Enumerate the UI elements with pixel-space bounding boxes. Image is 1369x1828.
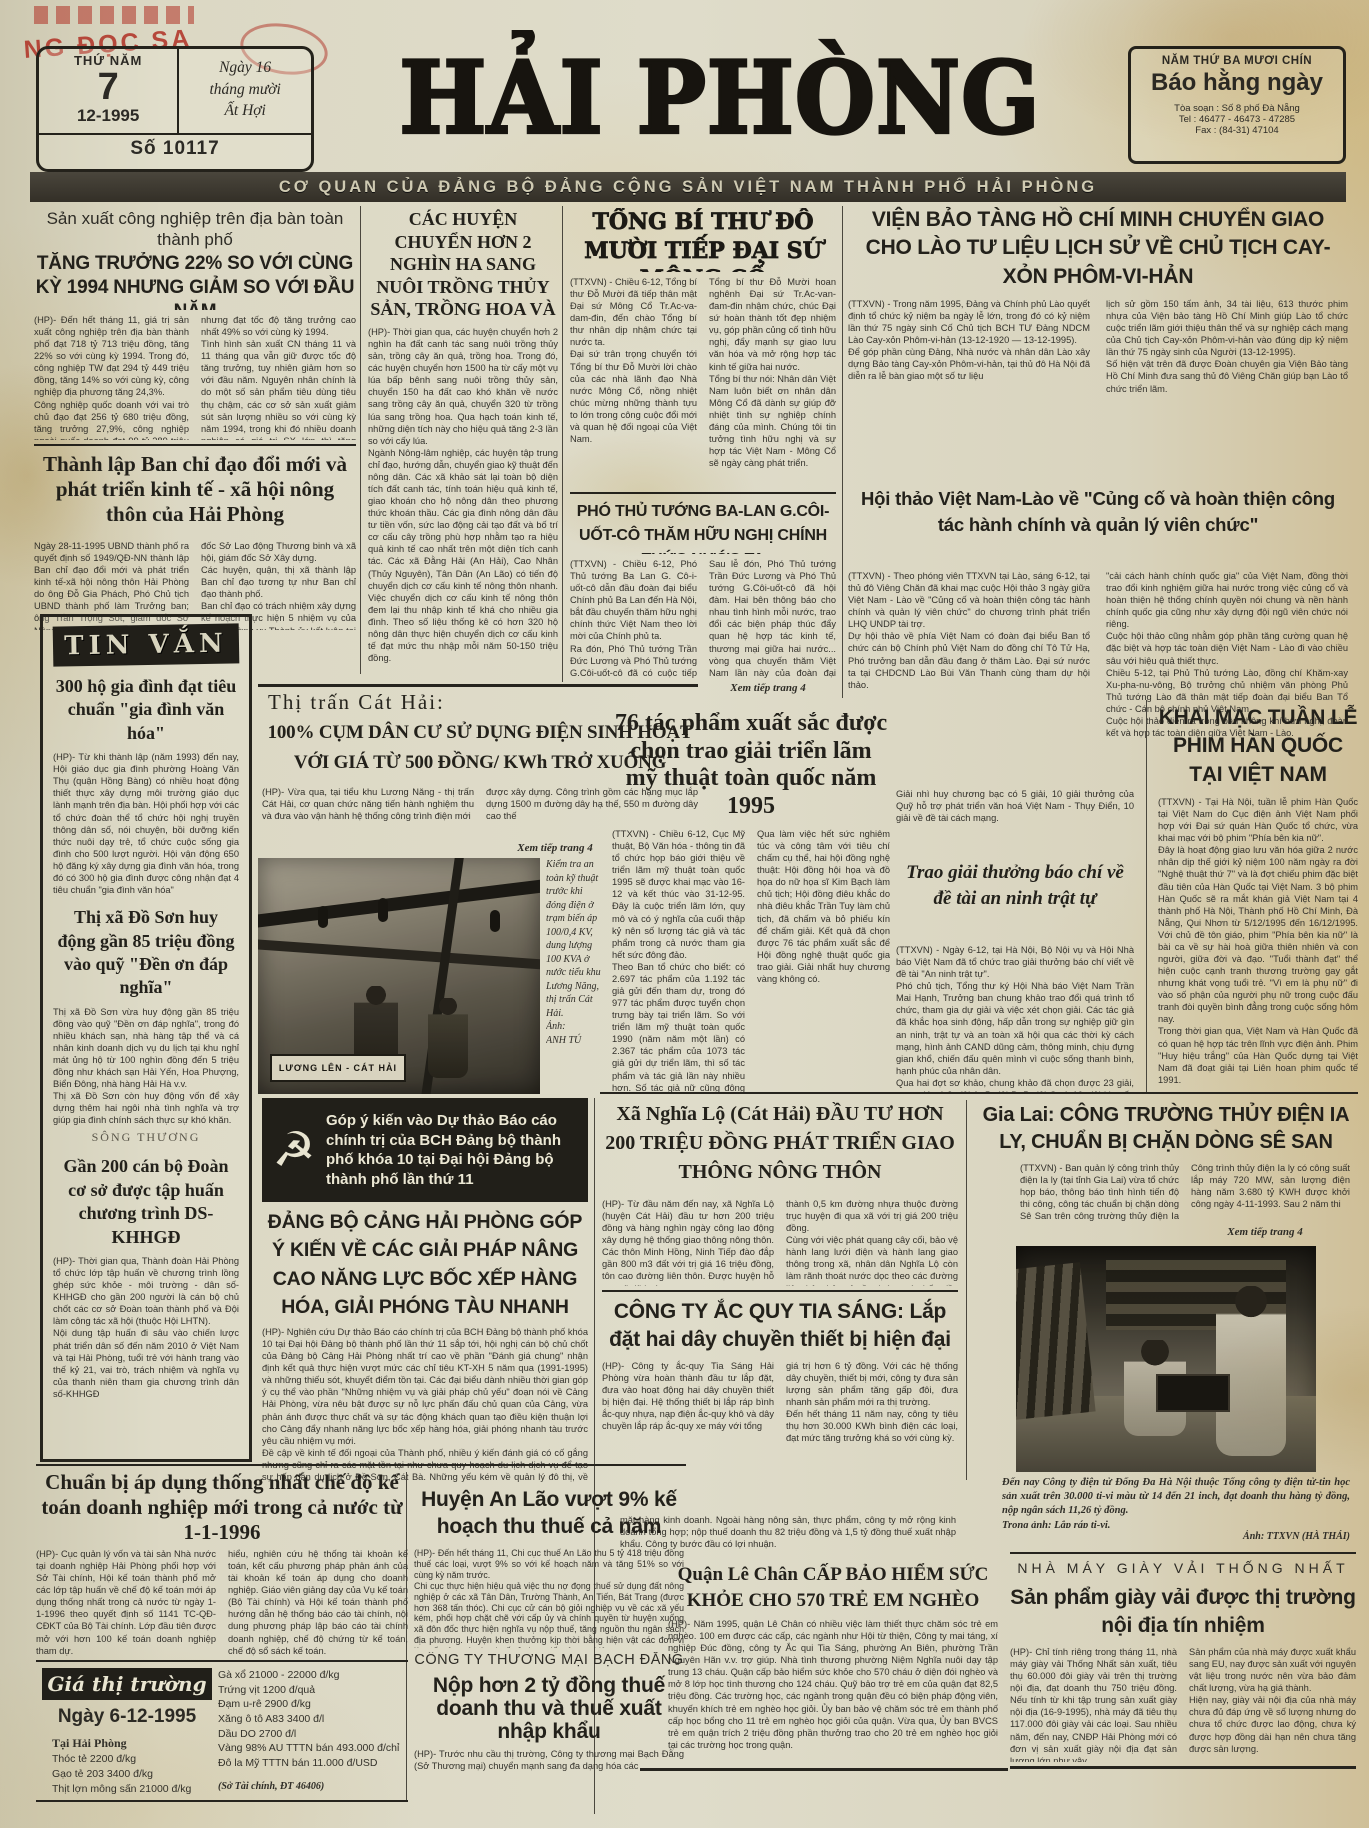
divider [34,444,356,446]
market-price-item: Vàng 98% AU TTTN bán 493.000 đ/chỉ [218,1741,404,1756]
market-price-item: Gạo tẻ 203 3400 đ/kg [52,1767,212,1782]
anninh-body: (TTXVN) - Ngày 6-12, tại Hà Nội, Bộ Nội … [896,944,1134,1092]
ketoan-body-col1: (HP)- Cục quản lý vốn và tài sản Nhà nướ… [36,1548,216,1656]
domuoi-body-col2: Tổng bí thư Đỗ Mười hoan nghênh Đại sứ T… [709,276,836,488]
divider [258,684,698,687]
divider [602,1290,958,1292]
mythuat-body: (TTXVN) - Chiều 6-12, Cục Mỹ thuật, Bộ V… [612,828,890,1092]
industry-kicker: Sản xuất công nghiệp trên địa bàn toàn t… [34,208,356,252]
market-note: (Sở Tài chính, ĐT 46406) [218,1780,404,1796]
banner-text: CƠ QUAN CỦA ĐẢNG BỘ ĐẢNG CỘNG SẢN VIỆT N… [279,178,1097,197]
gopy-body: (HP)- Nghiên cứu Dự thảo Báo cáo chính t… [262,1326,588,1482]
balan-body-col1: (TTXVN) - Chiều 6-12, Phó Thủ tướng Ba L… [570,558,697,680]
divider [570,492,836,494]
cachuyen-headline: CÁC HUYỆN CHUYỂN HƠN 2 NGHÌN HA SANG NUÔ… [368,208,558,322]
mythuat-body-col3: Giải nhì huy chương bạc có 5 giải, 10 gi… [896,788,1134,856]
gopy-box-text: Góp ý kiến vào Dự thảo Báo cáo chính trị… [326,1111,588,1189]
ialy-body-col1: (TTXVN) - Ban quản lý công trình thủy đi… [1020,1162,1179,1224]
divider [360,206,361,674]
domuoi-body: (TTXVN) - Chiều 6-12, Tổng bí thư Đỗ Mườ… [570,276,836,488]
bachdang-body: (HP)- Trước nhu cầu thị trường, Công ty … [414,1748,684,1776]
month-year: 12-1995 [39,106,177,126]
ketoan-headline: Chuẩn bị áp dụng thống nhất chế độ kế to… [36,1470,408,1544]
nghialo-body-col2: thành 0,5 km đường nhựa thuộc đường trục… [786,1198,958,1286]
nghialo-body-col1: (HP)- Từ đầu năm đến nay, xã Nghĩa Lộ (h… [602,1198,774,1286]
market-price-list-2: Gà xổ 21000 - 22000 đ/kg Trứng vịt 1200 … [218,1668,404,1780]
anlao-body: (HP)- Đến hết tháng 11, Chi cục thuế An … [414,1548,684,1648]
industry-body-col1: (HP)- Đến hết tháng 11, giá trị sản xuất… [34,314,189,440]
divider [562,206,563,682]
lechan-body: (HP)- Năm 1995, quận Lê Chân có nhiều vi… [668,1618,998,1760]
market-price-item: Gà xổ 21000 - 22000 đ/kg [218,1668,404,1683]
baotang-body-col2: lịch sử gồm 150 tấm ảnh, 34 tài liệu, 61… [1106,298,1348,478]
divider [1010,1552,1356,1554]
ialy-headline: Gia Lai: CÔNG TRƯỜNG THỦY ĐIỆN IA LY, CH… [975,1102,1357,1158]
baotang-headline: VIỆN BẢO TÀNG HỒ CHÍ MINH CHUYỂN GIAO CH… [848,206,1348,294]
tv-chassis [1156,1374,1230,1412]
page-title-text: HẢI PHÒNG [399,40,1040,157]
powerline-beam [258,939,540,971]
tv-assembly-photo [1016,1246,1316,1472]
hoithao-headline: Hội thảo Việt Nam-Lào về "Củng cố và hoà… [848,486,1348,566]
phimhan-headline: KHAI MẠC TUẦN LỄ PHIM HÀN QUỐC TẠI VIỆT … [1158,704,1358,792]
day-number: 7 [39,68,177,106]
tinvan2-byline: SÔNG THƯƠNG [53,1130,239,1145]
ialy-body: (TTXVN) - Ban quản lý công trình thủy đi… [1020,1162,1350,1224]
divider [36,1464,686,1466]
hammer-sickle-icon: ☭ [262,1126,326,1174]
gopy-headline: ĐẢNG BỘ CẢNG HẢI PHÒNG GÓP Ý KIẾN VỀ CÁC… [262,1208,588,1322]
market-price-item: Thịt lợn mông sấn 21000 đ/kg [52,1782,212,1797]
tinvan3-body: (HP)- Thời gian qua, Thành đoàn Hải Phòn… [53,1255,239,1400]
ketoan-body-col2: hiểu, nghiên cứu hệ thống tài khoản kế t… [228,1548,408,1656]
market-label: Giá thị trường [47,1672,206,1696]
market-price-item: Thóc tẻ 2200 đ/kg [52,1752,212,1767]
date-box: THỨ NĂM 7 12-1995 Ngày 16 tháng mười Ất … [36,46,314,172]
phimhan-body: (TTXVN) - Tại Hà Nội, tuần lễ phim Hàn Q… [1158,796,1358,1092]
fax-line: Fax : (84-31) 47104 [1131,125,1343,136]
balan-body: (TTXVN) - Chiều 6-12, Phó Thủ tướng Ba L… [570,558,836,680]
lechan-headline: Quận Lê Chân CẤP BẢO HIỂM SỨC KHỎE CHO 5… [668,1562,998,1614]
mythuat-headline: 76 tác phẩm xuất sắc được chọn trao giải… [612,710,890,824]
banner: CƠ QUAN CỦA ĐẢNG BỘ ĐẢNG CỘNG SẢN VIỆT N… [30,172,1346,202]
ketoan-body: (HP)- Cục quản lý vốn và tài sản Nhà nướ… [36,1548,408,1656]
tinvan2-body: Thị xã Đồ Sơn vừa huy động gần 85 triệu … [53,1006,239,1127]
baotang-body-col1: (TTXVN) - Trong năm 1995, Đảng và Chính … [848,298,1090,478]
baotang-body: (TTXVN) - Trong năm 1995, Đảng và Chính … [848,298,1348,478]
tin-van-box: TIN VẮN 300 hộ gia đình đạt tiêu chuẩn "… [40,614,252,1462]
divider [842,206,843,698]
balan-headline: PHÓ THỦ TƯỚNG BA-LAN G.CÔI-UỐT-CÔ THĂM H… [570,500,836,554]
issue-number: Số 10117 [130,138,219,159]
bachdang-kicker: CÔNG TY THƯƠNG MẠI BẠCH ĐẰNG [414,1652,684,1672]
powerline-caption: Kiểm tra an toàn kỹ thuật trước khi đóng… [546,858,604,1094]
tinvan2-headline: Thị xã Đồ Sơn huy động gần 85 triệu đồng… [53,906,239,1000]
worker-figure [428,998,468,1078]
address-line: Tòa soạn : Số 8 phố Đà Nẵng [1131,103,1343,114]
year-label: NĂM THỨ BA MƯƠI CHÍN [1131,55,1343,67]
cathai-body-col1: (HP)- Vừa qua, tại tiểu khu Lương Năng -… [262,786,474,844]
tin-van-label: TIN VẮN [64,629,228,662]
market-location: Tại Hải Phòng [52,1736,212,1752]
powerline-insulator [490,910,500,932]
industry-body-col2: nhưng đạt tốc độ tăng trưởng cao nhất 49… [201,314,356,440]
divider [36,1660,408,1662]
powerline-insulator [318,906,328,928]
anlao-headline: Huyện An Lão vượt 9% kế hoạch thu thuế c… [414,1486,684,1544]
tin-van-header: TIN VẮN [53,623,240,666]
worker-figure-standing [1216,1286,1286,1456]
balan-body-col2: Sau lễ đón, Phó Thủ tướng Trần Đức Lương… [709,558,836,680]
balan-readmore: Xem tiếp trang 4 [700,682,836,696]
anninh-headline: Trao giải thưởng báo chí về đề tài an ni… [896,860,1134,940]
tinvan1-body: (HP)- Từ khi thành lập (năm 1993) đến na… [53,751,239,896]
ialy-readmore: Xem tiếp trang 4 [1190,1226,1340,1240]
market-price-item: Dầu DO 2700 đ/l [218,1727,404,1742]
divider [36,1800,408,1802]
nghialo-headline: Xã Nghĩa Lộ (Cát Hải) ĐẦU TƯ HƠN 200 TRI… [602,1100,958,1194]
tv-photo-caption: Đến nay Công ty điện tử Đống Đa Hà Nội t… [1002,1476,1350,1528]
giayvai-body: (HP)- Chỉ tính riêng trong tháng 11, nhà… [1010,1646,1356,1762]
banchidao-headline: Thành lập Ban chỉ đạo đổi mới và phát tr… [34,452,356,536]
gopy-box: ☭ Góp ý kiến vào Dự thảo Báo cáo chính t… [262,1098,588,1202]
publisher-box: NĂM THỨ BA MƯƠI CHÍN Báo hằng ngày Tòa s… [1128,46,1346,164]
giayvai-headline: Sản phẩm giày vải được thị trường nội đị… [1010,1584,1356,1642]
photo-sign-text: LƯƠNG LÊN - CÁT HẢI [279,1063,397,1073]
powerline-photo: LƯƠNG LÊN - CÁT HẢI [258,858,540,1094]
market-label-box: Giá thị trường [42,1668,212,1700]
cathai-readmore: Xem tiếp trang 4 [480,842,630,856]
page-title: HẢI PHÒNG [318,30,1122,166]
giayvai-kicker: NHÀ MÁY GIÀY VẢI THỐNG NHẤT [1010,1560,1356,1582]
divider [966,1100,967,1480]
machine-rack [1016,1262,1096,1420]
mythuat-body-col2: Qua làm việc hết sức nghiêm túc và công … [757,828,890,1092]
acquy-headline: CÔNG TY ẮC QUY TIA SÁNG: Lắp đặt hai dây… [602,1298,958,1356]
divider [1146,700,1147,1092]
market-date: Ngày 6-12-1995 [42,1706,212,1730]
daily-label: Báo hằng ngày [1131,69,1343,97]
market-price-item: Xăng ô tô A83 3400 đ/l [218,1712,404,1727]
bachdang-headline: Nộp hơn 2 tỷ đồng thuế doanh thu và thuế… [414,1674,684,1744]
divider [640,1768,1008,1771]
tinvan1-headline: 300 hộ gia đình đạt tiêu chuẩn "gia đình… [53,675,239,745]
mythuat-body-col1: (TTXVN) - Chiều 6-12, Cục Mỹ thuật, Bộ V… [612,828,745,1092]
tv-photo-credit: Ảnh: TTXVN (HÀ THÁI) [1190,1530,1350,1546]
acquy-body-col2: giá trị hơn 6 tỷ đồng. Với các hệ thống … [786,1360,958,1510]
domuoi-headline: TỔNG BÍ THƯ ĐỖ MƯỜI TIẾP ĐẠI SỨ MÔNG CỔ [570,208,836,272]
divider [600,1092,1358,1094]
lunar-date: Ngày 16 tháng mười Ất Hợi [179,57,311,122]
powerline-insulator [378,898,388,922]
giayvai-body-col1: (HP)- Chỉ tính riêng trong tháng 11, nhà… [1010,1646,1177,1762]
giayvai-body-col2: Sản phẩm của nhà máy được xuất khẩu sang… [1189,1646,1356,1762]
industry-headline: TĂNG TRƯỞNG 22% SO VỚI CÙNG KỲ 1994 NHƯN… [34,252,356,310]
stamp-marks [34,6,194,24]
market-price-item: Trứng vịt 1200 đ/quả [218,1683,404,1698]
ialy-body-col2: Công trình thủy điện Ia ly có công suất … [1191,1162,1350,1224]
nghialo-body: (HP)- Từ đầu năm đến nay, xã Nghĩa Lộ (h… [602,1198,958,1286]
domuoi-body-col1: (TTXVN) - Chiều 6-12, Tổng bí thư Đỗ Mườ… [570,276,697,488]
divider [1010,1766,1356,1769]
market-price-item: Đô la Mỹ TTTN bán 11.000 đ/USD [218,1756,404,1771]
tinvan3-headline: Gần 200 cán bộ Đoàn cơ sở được tập huấn … [53,1155,239,1249]
photo-sign: LƯƠNG LÊN - CÁT HẢI [270,1054,406,1082]
newspaper-page: NG ĐỌC SA THỨ NĂM 7 12-1995 Ngày 16 thán… [0,0,1369,1828]
tel-line: Tel : 46477 - 46473 - 47285 [1131,114,1343,125]
industry-body: (HP)- Đến hết tháng 11, giá trị sản xuất… [34,314,356,440]
cachuyen-body: (HP)- Thời gian qua, các huyện chuyển hơ… [368,326,558,670]
market-price-item: Đạm u-rê 2900 đ/kg [218,1697,404,1712]
market-price-list-1: Thóc tẻ 2200 đ/kg Gạo tẻ 203 3400 đ/kg T… [52,1752,212,1804]
